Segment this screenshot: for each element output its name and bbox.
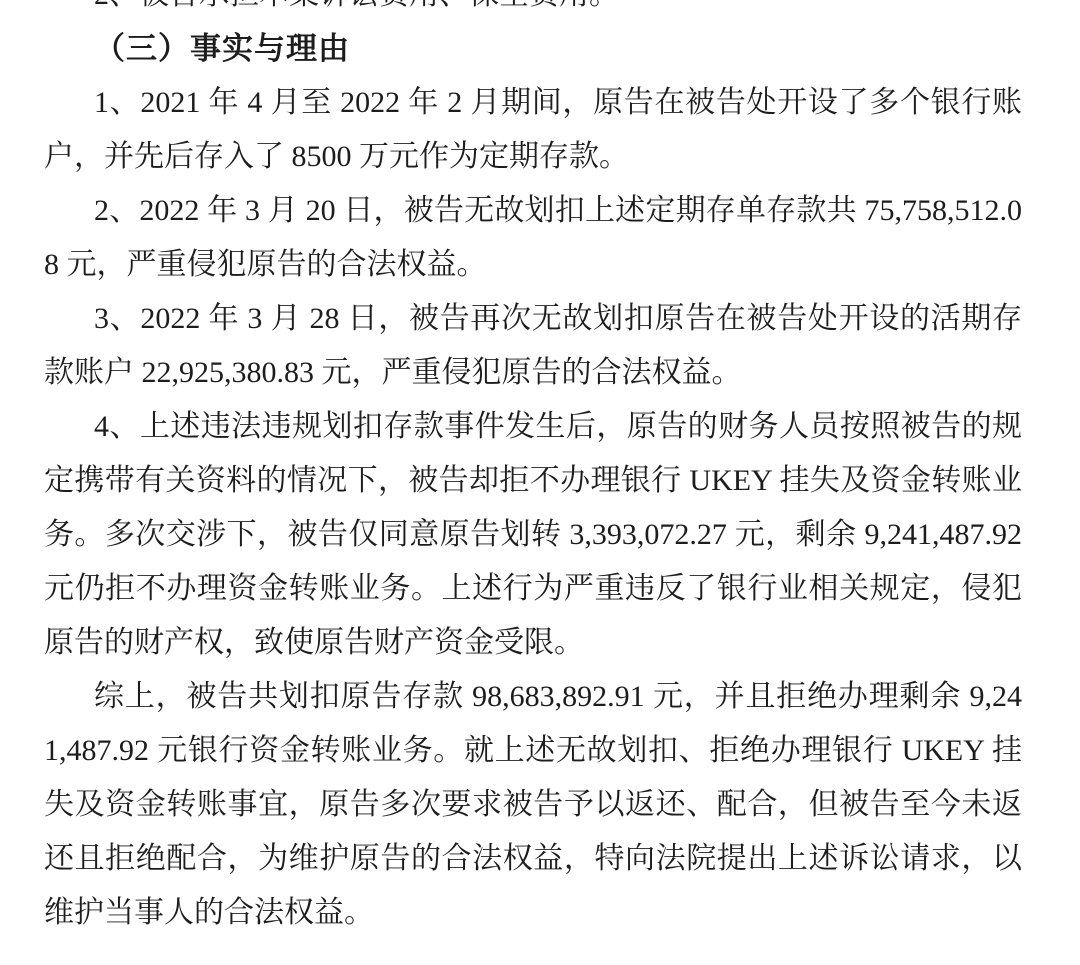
paragraph-claim-2: 2、2022 年 3 月 20 日，被告无故划扣上述定期存单存款共 75,758… xyxy=(44,184,1022,292)
paragraph-claim-3: 3、2022 年 3 月 28 日，被告再次无故划扣原告在被告处开设的活期存款账… xyxy=(44,292,1022,400)
paragraph-summary: 综上，被告共划扣原告存款 98,683,892.91 元，并且拒绝办理剩余 9,… xyxy=(44,670,1022,940)
section-heading-facts-and-reasons: （三）事实与理由 xyxy=(44,22,1022,76)
paragraph-claim-4: 4、上述违法违规划扣存款事件发生后，原告的财务人员按照被告的规定携带有关资料的情… xyxy=(44,400,1022,670)
paragraph-claim-1: 1、2021 年 4 月至 2022 年 2 月期间，原告在被告处开设了多个银行… xyxy=(44,76,1022,184)
truncated-claim-line: 2、被告承担本案诉讼费用、保全费用。 xyxy=(44,0,1022,22)
document-page: 2、被告承担本案诉讼费用、保全费用。 （三）事实与理由 1、2021 年 4 月… xyxy=(0,0,1080,933)
